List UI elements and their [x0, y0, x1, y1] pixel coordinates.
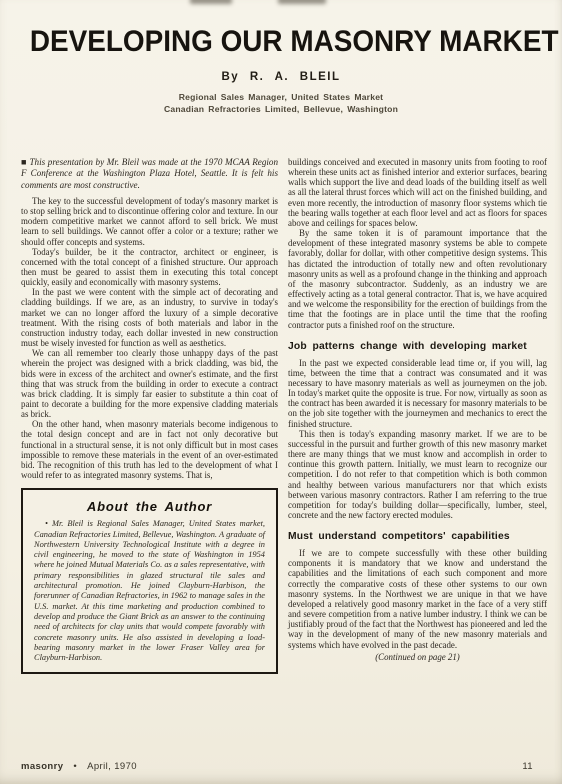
author-affiliation: Regional Sales Manager, United States Ma…: [0, 92, 562, 115]
about-the-author-box: About the Author • Mr. Bleil is Regional…: [21, 488, 278, 674]
body-paragraph: If we are to compete successfully with t…: [288, 548, 547, 650]
byline: By R. A. BLEIL: [0, 71, 562, 83]
continued-note: (Continued on page 21): [288, 652, 547, 662]
body-paragraph: This then is today's expanding masonry m…: [288, 429, 547, 520]
body-paragraph: In the past we were content with the sim…: [21, 287, 278, 348]
author-box-body: • Mr. Bleil is Regional Sales Manager, U…: [34, 519, 265, 663]
body-paragraph: On the other hand, when masonry material…: [21, 419, 278, 480]
body-paragraph: buildings conceived and executed in maso…: [288, 157, 547, 228]
scan-artifact-top-right: [278, 0, 326, 4]
page-number: 11: [522, 761, 533, 772]
magazine-page: DEVELOPING OUR MASONRY MARKET By R. A. B…: [0, 0, 562, 784]
section-subhead-job-patterns: Job patterns change with developing mark…: [288, 341, 547, 353]
issue-date: April, 1970: [87, 761, 137, 772]
page-title: DEVELOPING OUR MASONRY MARKET: [30, 26, 559, 58]
footer-bullet-icon: •: [73, 761, 77, 772]
affiliation-line-1: Regional Sales Manager, United States Ma…: [0, 92, 562, 104]
right-column: buildings conceived and executed in maso…: [288, 157, 547, 662]
body-paragraph: By the same token it is of paramount imp…: [288, 228, 547, 330]
body-paragraph: We can all remember too clearly those un…: [21, 348, 278, 419]
scan-artifact-top-left: [190, 0, 232, 4]
editor-note: ■ This presentation by Mr. Bleil was mad…: [21, 157, 278, 191]
body-paragraph: The key to the successful development of…: [21, 196, 278, 247]
left-column: ■ This presentation by Mr. Bleil was mad…: [21, 157, 278, 674]
author-box-title: About the Author: [34, 499, 265, 514]
magazine-name: masonry: [21, 761, 63, 772]
article-header: DEVELOPING OUR MASONRY MARKET: [10, 26, 552, 58]
body-paragraph: Today's builder, be it the contractor, a…: [21, 247, 278, 288]
affiliation-line-2: Canadian Refractories Limited, Bellevue,…: [0, 104, 562, 116]
page-footer: masonry•April, 1970 11: [21, 761, 541, 772]
body-paragraph: In the past we expected considerable lea…: [288, 358, 547, 429]
section-subhead-competitors: Must understand competitors' capabilitie…: [288, 531, 547, 543]
